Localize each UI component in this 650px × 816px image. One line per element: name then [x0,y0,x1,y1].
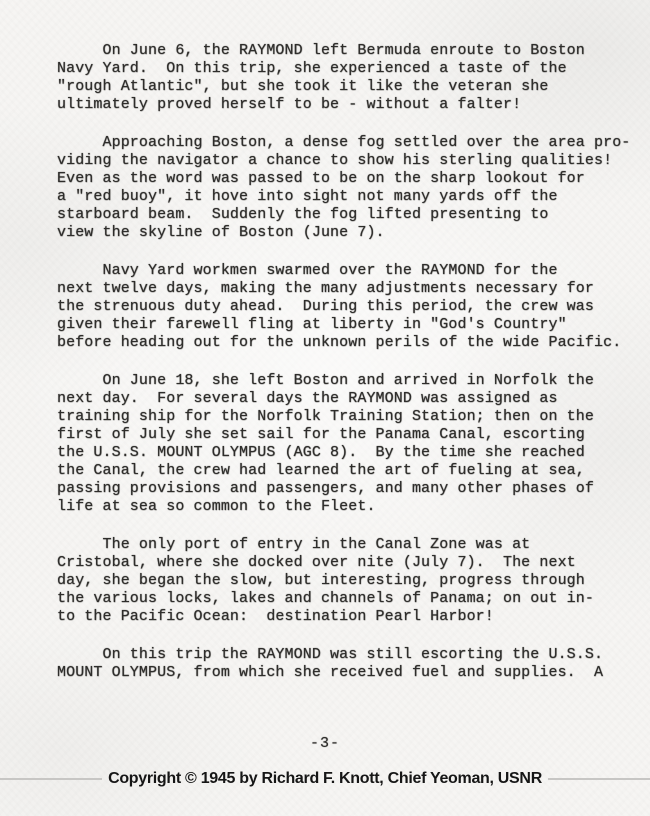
text-line: a "red buoy", it hove into sight not man… [57,188,630,206]
text-line: day, she began the slow, but interesting… [57,572,630,590]
text-line: next twelve days, making the many adjust… [57,280,630,298]
text-line: first of July she set sail for the Panam… [57,426,630,444]
page-number: -3- [0,735,650,753]
text-line: given their farewell fling at liberty in… [57,316,630,334]
paragraph: The only port of entry in the Canal Zone… [57,536,630,626]
document-body: On June 6, the RAYMOND left Bermuda enro… [57,42,630,702]
text-line: MOUNT OLYMPUS, from which she received f… [57,664,630,682]
text-line: Navy Yard. On this trip, she experienced… [57,60,630,78]
text-line: the U.S.S. MOUNT OLYMPUS (AGC 8). By the… [57,444,630,462]
text-line: the various locks, lakes and channels of… [57,590,630,608]
text-line: the strenuous duty ahead. During this pe… [57,298,630,316]
left-rule [0,778,102,780]
text-line: before heading out for the unknown peril… [57,334,630,352]
text-line: to the Pacific Ocean: destination Pearl … [57,608,630,626]
text-line: Approaching Boston, a dense fog settled … [57,134,630,152]
text-line: Even as the word was passed to be on the… [57,170,630,188]
text-line: view the skyline of Boston (June 7). [57,224,630,242]
copyright-text: Copyright © 1945 by Richard F. Knott, Ch… [102,770,548,788]
text-line: the Canal, the crew had learned the art … [57,462,630,480]
text-line: On June 18, she left Boston and arrived … [57,372,630,390]
text-line: "rough Atlantic", but she took it like t… [57,78,630,96]
paragraph: On this trip the RAYMOND was still escor… [57,646,630,682]
paragraph: On June 18, she left Boston and arrived … [57,372,630,516]
text-line: Cristobal, where she docked over nite (J… [57,554,630,572]
text-line: passing provisions and passengers, and m… [57,480,630,498]
text-line: viding the navigator a chance to show hi… [57,152,630,170]
text-line: On this trip the RAYMOND was still escor… [57,646,630,664]
copyright-bar: Copyright © 1945 by Richard F. Knott, Ch… [0,767,650,791]
paragraph: Navy Yard workmen swarmed over the RAYMO… [57,262,630,352]
text-line: life at sea so common to the Fleet. [57,498,630,516]
text-line: ultimately proved herself to be - withou… [57,96,630,114]
right-rule [548,778,650,780]
paragraph: On June 6, the RAYMOND left Bermuda enro… [57,42,630,114]
text-line: On June 6, the RAYMOND left Bermuda enro… [57,42,630,60]
text-line: next day. For several days the RAYMOND w… [57,390,630,408]
text-line: training ship for the Norfolk Training S… [57,408,630,426]
text-line: The only port of entry in the Canal Zone… [57,536,630,554]
paragraph: Approaching Boston, a dense fog settled … [57,134,630,242]
text-line: starboard beam. Suddenly the fog lifted … [57,206,630,224]
scanned-page: On June 6, the RAYMOND left Bermuda enro… [0,0,650,816]
text-line: Navy Yard workmen swarmed over the RAYMO… [57,262,630,280]
